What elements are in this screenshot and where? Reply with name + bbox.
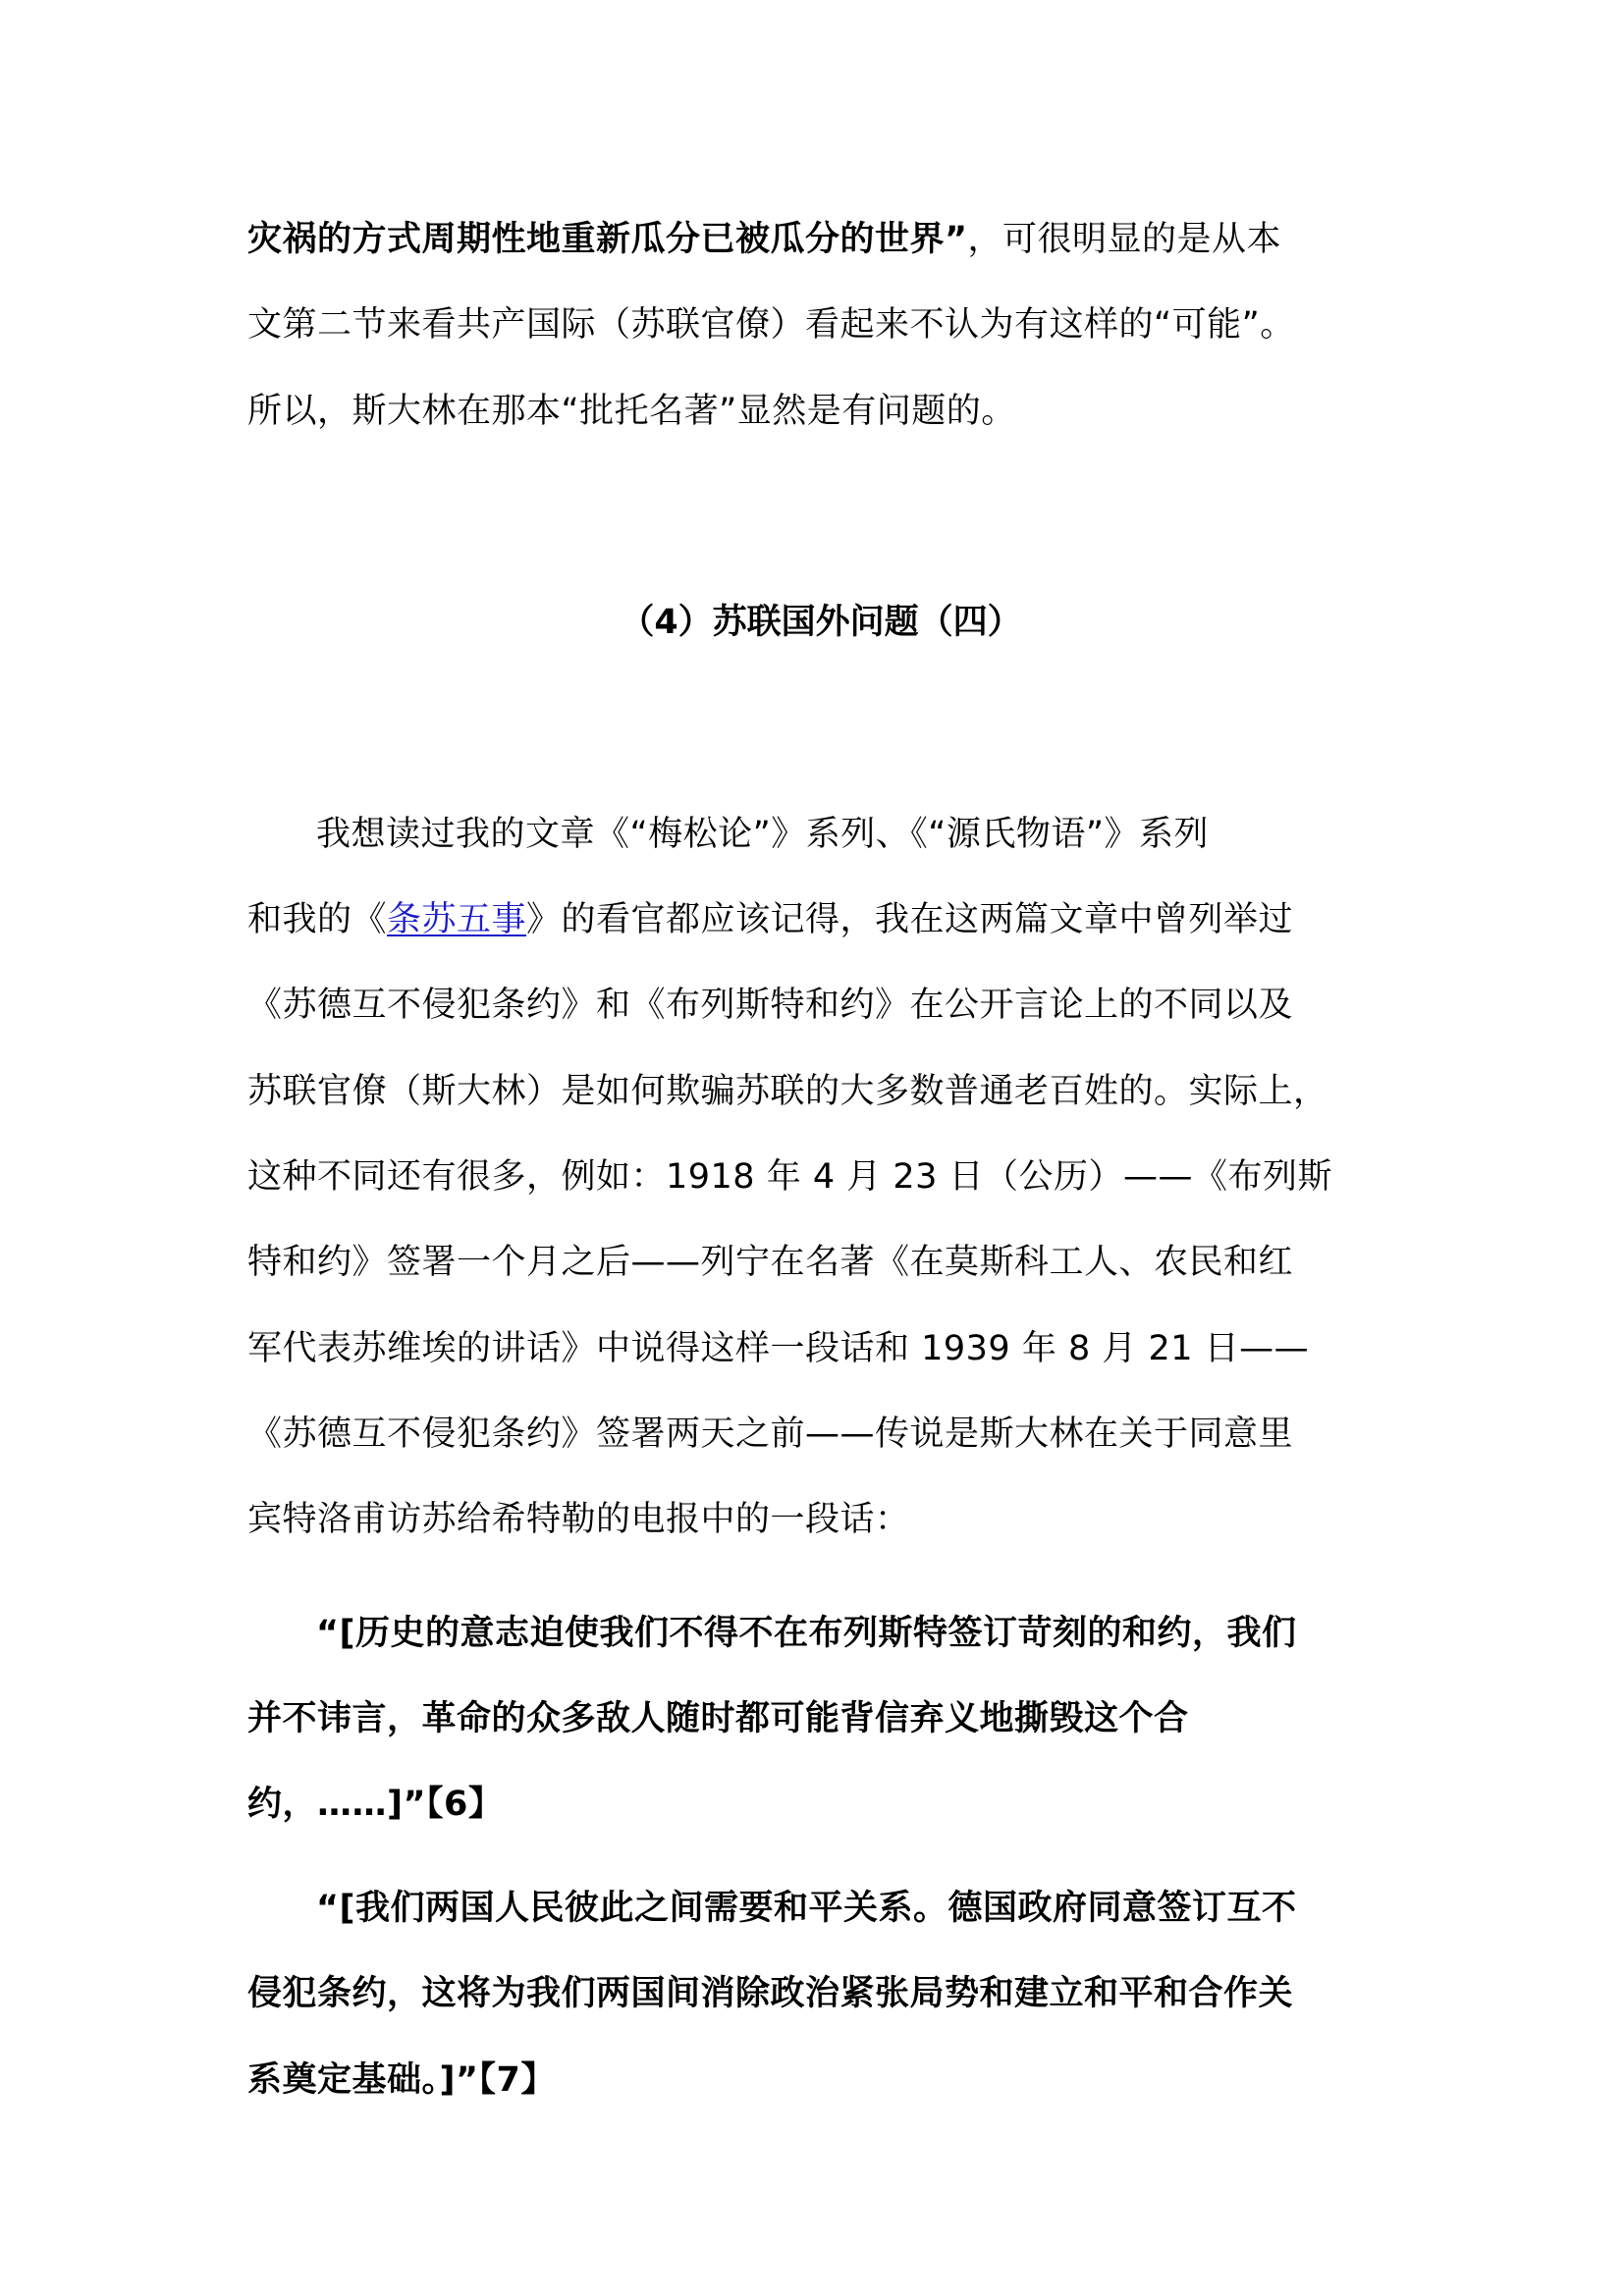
text-span: 和我的《 — [247, 900, 387, 939]
paragraph2-line5: 这种不同还有很多，例如：1918 年 4 月 23 日（公历）——《布列斯 — [247, 1155, 1332, 1199]
paragraph2-line6: 特和约》签署一个月之后——列宁在名著《在莫斯科工人、农民和红 — [247, 1241, 1293, 1284]
paragraph2-line7: 军代表苏维埃的讲话》中说得这样一段话和 1939 年 8 月 21 日—— — [247, 1327, 1309, 1370]
text-span: 》的看官都应该记得，我在这两篇文章中曾列举过 — [526, 900, 1293, 939]
article-link-tiaosu-wushi[interactable]: 条苏五事 — [387, 900, 526, 939]
quote1-line3: 约，……]”【6】 — [247, 1783, 503, 1826]
paragraph1-line3: 所以，斯大林在那本“批托名著”显然是有问题的。 — [247, 390, 1016, 433]
paragraph2-line4: 苏联官僚（斯大林）是如何欺骗苏联的大多数普通老百姓的。实际上， — [247, 1070, 1328, 1113]
paragraph2-line9: 宾特洛甫访苏给希特勒的电报中的一段话： — [247, 1498, 910, 1541]
paragraph2-line2: 和我的《条苏五事》的看官都应该记得，我在这两篇文章中曾列举过 — [247, 898, 1293, 941]
quote1-line1: “[历史的意志迫使我们不得不在布列斯特签订苛刻的和约，我们 — [316, 1612, 1297, 1655]
paragraph2-line8: 《苏德互不侵犯条约》签署两天之前——传说是斯大林在关于同意里 — [247, 1413, 1293, 1456]
quote2-line1: “[我们两国人民彼此之间需要和平关系。德国政府同意签订互不 — [316, 1887, 1297, 1930]
quote1-line2: 并不讳言，革命的众多敌人随时都可能背信弃义地撕毁这个合 — [247, 1697, 1189, 1740]
quote2-line2: 侵犯条约，这将为我们两国间消除政治紧张局势和建立和平和合作关 — [247, 1972, 1293, 2015]
text-span: ，可很明显的是从本 — [968, 220, 1282, 259]
paragraph2-line3: 《苏德互不侵犯条约》和《布列斯特和约》在公开言论上的不同以及 — [247, 984, 1293, 1027]
section-heading: （4）苏联国外问题（四） — [247, 601, 1394, 644]
bold-quote-end: 灾祸的方式周期性地重新瓜分已被瓜分的世界” — [247, 220, 968, 259]
paragraph2-line1: 我想读过我的文章《“梅松论”》系列、《“源氏物语”》系列 — [316, 813, 1209, 856]
paragraph1-line1: 灾祸的方式周期性地重新瓜分已被瓜分的世界”，可很明显的是从本 — [247, 218, 1281, 261]
quote2-line3: 系奠定基础。]”【7】 — [247, 2058, 556, 2102]
paragraph1-line2: 文第二节来看共产国际（苏联官僚）看起来不认为有这样的“可能”。 — [247, 303, 1295, 347]
